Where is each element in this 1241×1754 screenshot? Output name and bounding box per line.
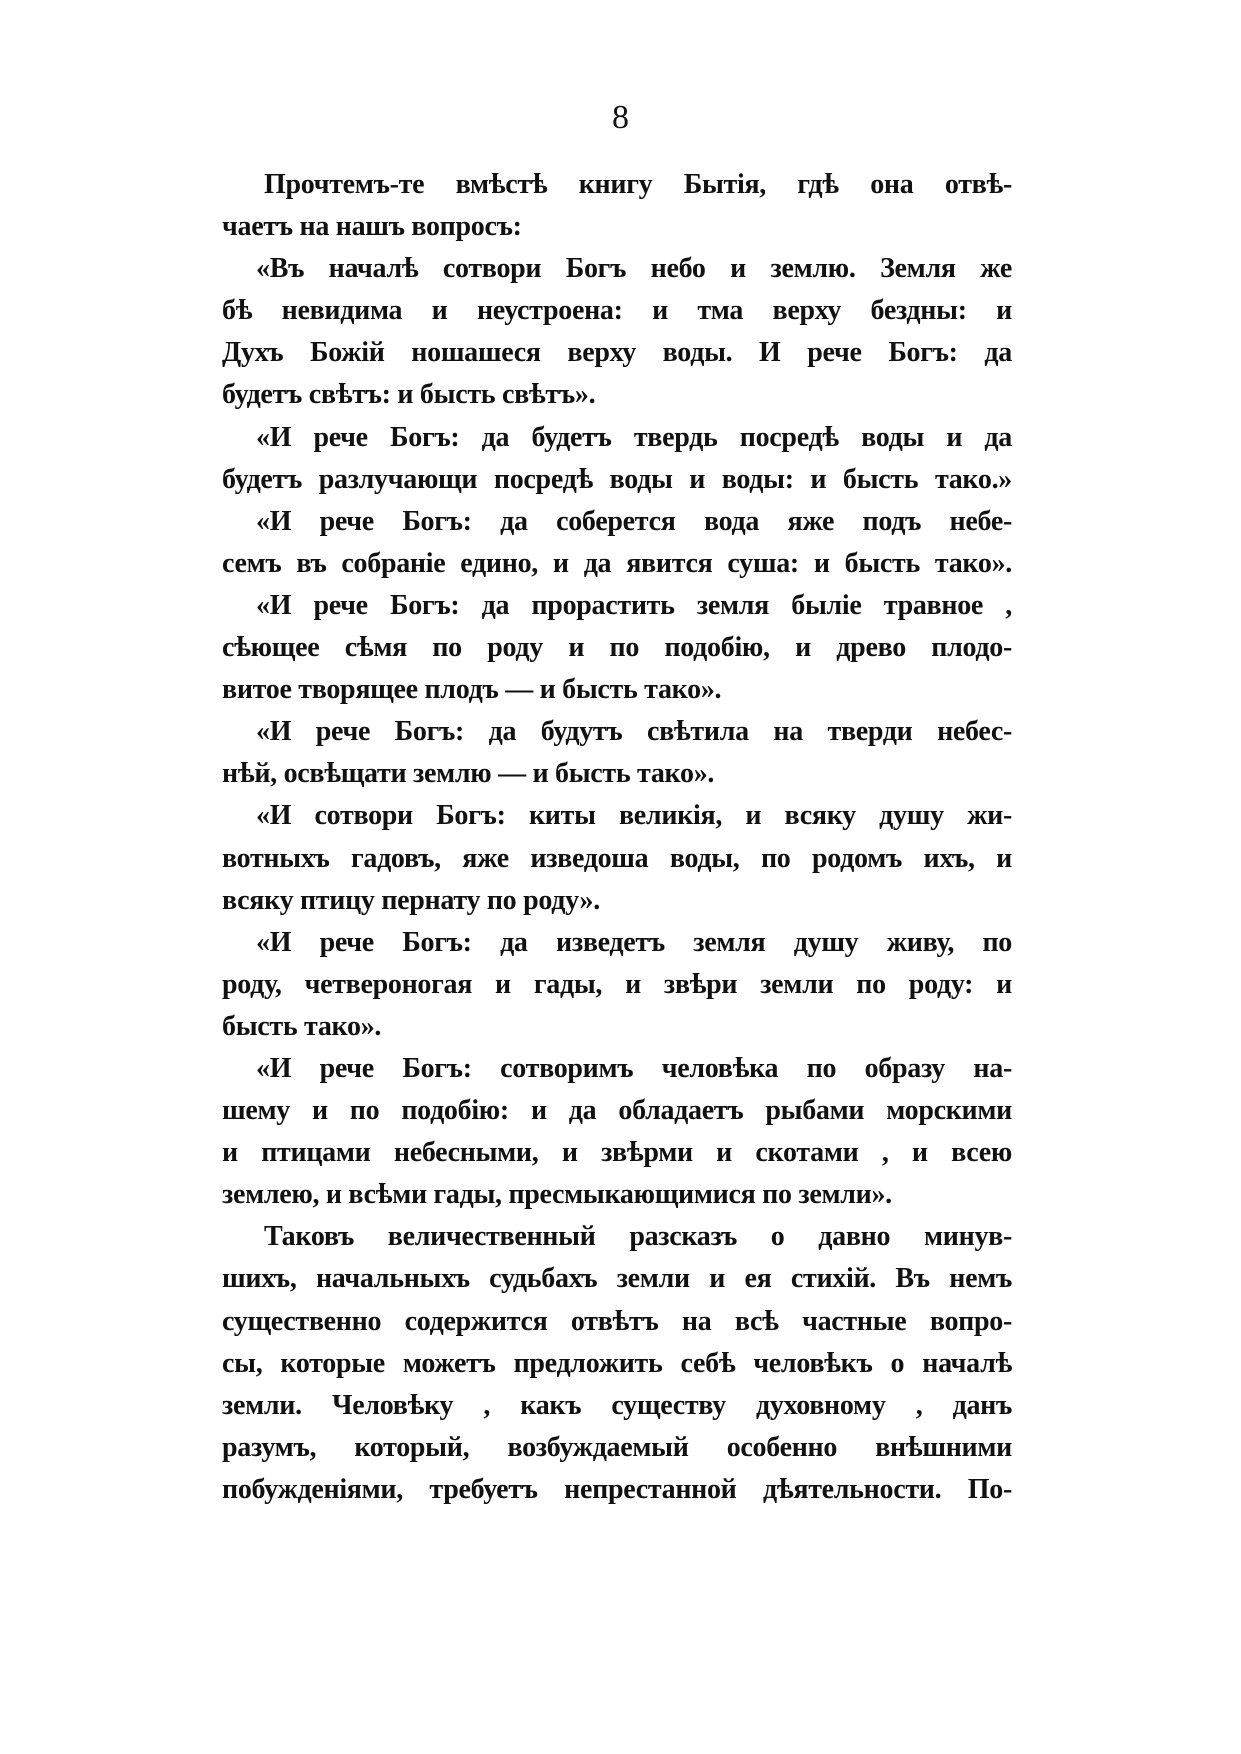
scripture-line: вотныхъ гадовъ, яже изведоша воды, по ро… [222,838,1012,880]
scripture-line: «И рече Богъ: да соберется вода яже подъ… [222,501,1012,543]
paragraph-line: Прочтемъ-те вмѣстѣ книгу Бытія, гдѣ она … [222,164,1012,206]
scripture-line: сѣющее сѣмя по роду и по подобію, и древ… [222,627,1012,669]
scripture-line: «И рече Богъ: да прорастить земля быліе … [222,585,1012,627]
paragraph-line: побужденіями, требуетъ непрестанной дѣят… [222,1469,1012,1511]
scripture-line: семъ въ собраніе едино, и да явится суша… [222,543,1012,585]
scripture-line: будетъ разлучающи посредѣ воды и воды: и… [222,459,1012,501]
scripture-line: «И рече Богъ: да изведетъ земля душу жив… [222,922,1012,964]
page-number: 8 [0,98,1241,138]
scripture-line: бѣ невидима и неустроена: и тма верху бе… [222,290,1012,332]
scripture-line: будетъ свѣтъ: и бысть свѣтъ». [222,374,1012,416]
paragraph-line: шихъ, начальныхъ судьбахъ земли и ея сти… [222,1258,1012,1300]
paragraph-line: сы, которые можетъ предложить себѣ челов… [222,1343,1012,1385]
scripture-line: «И рече Богъ: да будетъ твердь посредѣ в… [222,417,1012,459]
scripture-line: «И рече Богъ: сотворимъ человѣка по обра… [222,1048,1012,1090]
paragraph-line: земли. Человѣку , какъ существу духовном… [222,1385,1012,1427]
paragraph-line: чаетъ на нашъ вопросъ: [222,206,1012,248]
book-page: 8 Прочтемъ-те вмѣстѣ книгу Бытія, гдѣ он… [0,0,1241,1754]
scripture-line: «И сотвори Богъ: киты великія, и всяку д… [222,795,1012,837]
scripture-line: «Въ началѣ сотвори Богъ небо и землю. Зе… [222,248,1012,290]
scripture-line: всяку птицу пернату по роду». [222,880,1012,922]
scripture-line: нѣй, освѣщати землю — и бысть тако». [222,753,1012,795]
scripture-line: витое творящее плодъ — и бысть тако». [222,669,1012,711]
scripture-line: Духъ Божій ношашеся верху воды. И рече Б… [222,332,1012,374]
scripture-line: и птицами небесными, и звѣрми и скотами … [222,1132,1012,1174]
paragraph-line: существенно содержится отвѣтъ на всѣ час… [222,1301,1012,1343]
paragraph-line: разумъ, который, возбуждаемый особенно в… [222,1427,1012,1469]
scripture-line: бысть тако». [222,1006,1012,1048]
scripture-line: шему и по подобію: и да обладаетъ рыбами… [222,1090,1012,1132]
paragraph-line: Таковъ величественный разсказъ о давно м… [222,1216,1012,1258]
scripture-line: «И рече Богъ: да будутъ свѣтила на тверд… [222,711,1012,753]
body-text: Прочтемъ-те вмѣстѣ книгу Бытія, гдѣ она … [222,164,1012,1511]
scripture-line: роду, четвероногая и гады, и звѣри земли… [222,964,1012,1006]
scripture-line: землею, и всѣми гады, пресмыкающимися по… [222,1174,1012,1216]
